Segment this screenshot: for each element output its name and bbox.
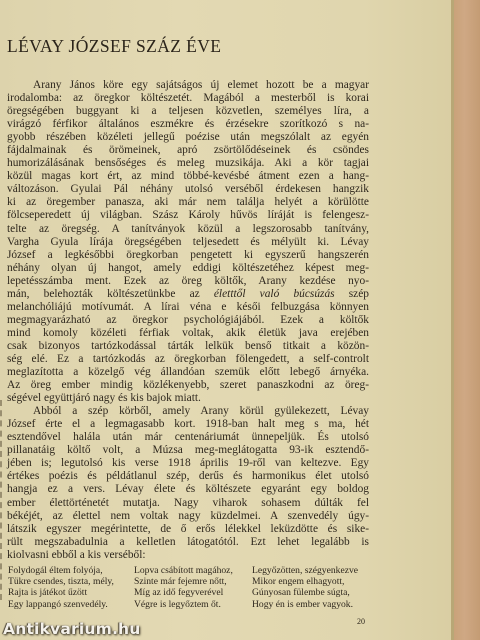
text-line: csak bizonyos tartózkodással tárták lelk… bbox=[7, 340, 369, 353]
text-line: mán, belehozták költészetünkbe az élettt… bbox=[7, 288, 369, 301]
text-line: kiolvasni ebből a kis verséből: bbox=[7, 549, 369, 562]
book-spine bbox=[454, 0, 480, 640]
paragraph-2: Abból a szép körből, amely Arany körül g… bbox=[7, 405, 369, 562]
text-line: értékes poézis és példátlanul szép, derű… bbox=[7, 470, 369, 483]
poem-line: Egy lappangó szenvedély. bbox=[8, 599, 114, 610]
text-line: Abból a szép körből, amely Arany körül g… bbox=[7, 405, 369, 418]
poem-stanza-2: Lopva csábított magához,Szinte már fejem… bbox=[134, 565, 233, 610]
text-line: ségével együttjáró nagy és kis bajok mia… bbox=[7, 392, 369, 405]
poem-line: Rajta is játékot űzött bbox=[8, 587, 114, 598]
text-line: gyobb részében közéleti jellegű poézise … bbox=[7, 131, 369, 144]
poem-line: Gúnyosan fülembe súgta, bbox=[252, 587, 358, 598]
text-line: ember élettörténetét mutatja. Nagy vihar… bbox=[7, 497, 369, 510]
text-line: látszik egyszer megérintette, de ő erős … bbox=[7, 523, 369, 536]
text-line: Az öreg ember mindig közlékenyebb, szere… bbox=[7, 379, 369, 392]
poem-line: Végre is legyőztem őt. bbox=[134, 599, 233, 610]
poem-line: Mikor engem elhagyott, bbox=[252, 576, 358, 587]
text-line: virágzó férfikor általános eszmékre és é… bbox=[7, 118, 369, 131]
text-line: mind komoly közéleti férfiak voltak, aki… bbox=[7, 327, 369, 340]
text-line: Vargha Gyula lírája öregségében teljesed… bbox=[7, 236, 369, 249]
poem-stanza-1: Folydogál éltem folyója,Tükre csendes, t… bbox=[8, 565, 114, 610]
text-line: esztendővel halála után már centenáriumá… bbox=[7, 431, 369, 444]
text-line: pillanatáig költő volt, a Múzsa meg-megl… bbox=[7, 444, 369, 457]
poem-stanza-3: Legyőzötten, szégyenkezveMikor engem elh… bbox=[252, 565, 358, 610]
poem-line: Folydogál éltem folyója, bbox=[8, 565, 114, 576]
text-line: melanchóliájú motívumát. A lírai véna e … bbox=[7, 301, 369, 314]
text-line: változáson. Gyulai Pál néhány utolsó ver… bbox=[7, 183, 369, 196]
text-line: Arany János köre egy sajátságos új eleme… bbox=[7, 79, 369, 92]
text-line: rült megszabadulnia a kelletlen látogató… bbox=[7, 536, 369, 549]
text-line: József érte el a legmagasabb kort. 1918-… bbox=[7, 418, 369, 431]
poem-line: Lopva csábított magához, bbox=[134, 565, 233, 576]
poem-line: Szinte már fejemre nőtt, bbox=[134, 576, 233, 587]
paragraph-1: Arany János köre egy sajátságos új eleme… bbox=[7, 79, 369, 405]
text-line: fölcseperedett új világban. Szász Károly… bbox=[7, 209, 369, 222]
text-line: fájdalmainak és örömeinek, apró zsörtölő… bbox=[7, 144, 369, 157]
poem-line: Míg az idő fegyverével bbox=[134, 587, 233, 598]
watermark-logo: Antikvarium.hu bbox=[3, 620, 141, 638]
text-line: irodalomba: az öregkor költészetét. Magá… bbox=[7, 92, 369, 105]
poem-line: Hogy én is ember vagyok. bbox=[252, 599, 358, 610]
text-line: humorizálásának bensőséges és meleg muzs… bbox=[7, 157, 369, 170]
article-body: Arany János köre egy sajátságos új eleme… bbox=[7, 79, 369, 562]
page-number: 20 bbox=[357, 617, 365, 626]
text-line: néhány olyan új hangot, amely eddigi köl… bbox=[7, 262, 369, 275]
text-line: öregségében buggyant ki a teljesen közve… bbox=[7, 105, 369, 118]
poem-line: Legyőzötten, szégyenkezve bbox=[252, 565, 358, 576]
text-line: József a legkésőbbi öregkorban pengetett… bbox=[7, 249, 369, 262]
text-line: ség elé. Ez a tartózkodás az öregkorban … bbox=[7, 353, 369, 366]
text-line: hangja ez a vers. Lévay élete és költész… bbox=[7, 483, 369, 496]
article-title: LÉVAY JÓZSEF SZÁZ ÉVE bbox=[7, 36, 221, 57]
binding-marks bbox=[0, 400, 5, 600]
text-line: ki az öregember panasza, aki már nem tal… bbox=[7, 196, 369, 209]
text-line: közül magas kort ért, az mind többé-kevé… bbox=[7, 170, 369, 183]
text-line: meglazította a közelgő vég állandóan sze… bbox=[7, 366, 369, 379]
text-line: békéjét, az élettel nem voltak nagy küzd… bbox=[7, 510, 369, 523]
text-line: lepetésszámba ment. Ezek az öreg költők,… bbox=[7, 275, 369, 288]
text-line: megmagyarázható az öregkor psychológiájá… bbox=[7, 314, 369, 327]
poem-line: Tükre csendes, tiszta, mély, bbox=[8, 576, 114, 587]
text-line: jében is; legutolsó kis verse 1918 ápril… bbox=[7, 457, 369, 470]
text-line: telte az öregség. A tanítványok közül a … bbox=[7, 223, 369, 236]
